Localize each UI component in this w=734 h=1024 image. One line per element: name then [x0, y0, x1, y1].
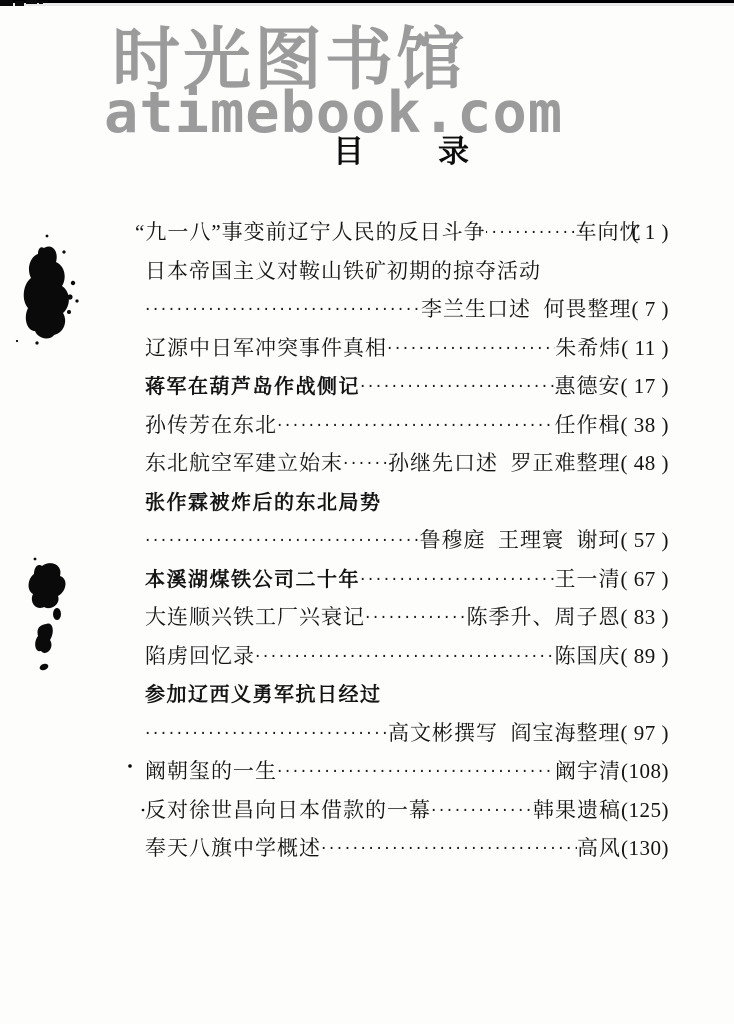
dot-leader	[145, 521, 420, 560]
entry-authors: 王一清	[555, 560, 621, 599]
entry-title: 张作霖被炸后的东北局势	[145, 483, 382, 522]
dot-leader	[277, 752, 555, 791]
table-of-contents: “九一八”事变前辽宁人民的反日斗争 车向忱 ( 1 ) 日本帝国主义对鞍山铁矿初…	[145, 213, 669, 868]
dot-leader	[431, 791, 533, 830]
entry-page-number: ( 17 )	[621, 367, 670, 406]
entry-authors: 陈季升、周子恩	[467, 598, 621, 637]
toc-entry-13: 反对徐世昌向日本借款的一幕 韩果遗稿 (125)	[145, 791, 669, 830]
dot-leader	[365, 598, 467, 637]
entry-page-number: ( 67 )	[621, 560, 670, 599]
entry-authors: 朱希炜	[555, 329, 621, 368]
dot-leader	[145, 290, 421, 329]
entry-title: 东北航空军建立始末	[145, 444, 343, 483]
entry-authors: 阚宇清	[555, 752, 621, 791]
entry-page-number: (130)	[621, 829, 669, 868]
entry-title: 日本帝国主义对鞍山铁矿初期的掠夺活动	[145, 252, 541, 291]
entry-page-number: (125)	[621, 791, 669, 830]
entry-page-number: ( 38 )	[621, 406, 670, 445]
entry-page-number: ( 57 )	[621, 521, 670, 560]
entry-authors: 李兰生口述 何畏整理	[421, 290, 632, 329]
entry-page-number: ( 48 )	[621, 444, 670, 483]
dot-leader	[387, 329, 555, 368]
page-title: 目 录	[333, 126, 473, 171]
toc-entry-2-continuation: 李兰生口述 何畏整理 ( 7 )	[145, 290, 669, 329]
entry-page-number: ( 97 )	[621, 714, 670, 753]
toc-entry-2: 日本帝国主义对鞍山铁矿初期的掠夺活动	[145, 252, 669, 291]
toc-entry-7: 张作霖被炸后的东北局势	[145, 483, 669, 522]
entry-authors: 鲁穆庭 王理寰 谢珂	[420, 521, 621, 560]
entry-page-number: ( 11 )	[621, 329, 669, 368]
toc-entry-11: 参加辽西义勇军抗日经过	[145, 675, 669, 714]
toc-entry-4: 蒋军在葫芦岛作战侧记 惠德安 ( 17 )	[145, 367, 669, 406]
toc-entry-3: 辽源中日军冲突事件真相 朱希炜 ( 11 )	[145, 329, 669, 368]
entry-title: 反对徐世昌向日本借款的一幕	[145, 791, 431, 830]
toc-entry-5: 孙传芳在东北 任作楫 ( 38 )	[145, 406, 669, 445]
entry-title: 阚朝玺的一生	[145, 752, 277, 791]
toc-entry-6: 东北航空军建立始末 孙继先口述 罗正难整理 ( 48 )	[145, 444, 669, 483]
entry-title: 陷虏回忆录	[145, 637, 255, 676]
entry-page-number: ( 1 )	[642, 213, 670, 252]
dot-leader	[321, 829, 577, 868]
ink-blob-upper	[16, 235, 79, 345]
entry-title: 本溪湖煤铁公司二十年	[145, 560, 360, 599]
toc-entry-9: 大连顺兴铁工厂兴衰记 陈季升、周子恩 ( 83 )	[145, 598, 669, 637]
toc-entry-1: “九一八”事变前辽宁人民的反日斗争 车向忱 ( 1 )	[145, 213, 669, 252]
entry-authors: 陈国庆	[555, 637, 621, 676]
entry-title: 孙传芳在东北	[145, 406, 277, 445]
dot-leader	[277, 406, 555, 445]
entry-title: 奉天八旗中学概述	[145, 829, 321, 868]
dot-leader	[360, 560, 555, 599]
entry-title: 参加辽西义勇军抗日经过	[145, 675, 382, 714]
entry-title: “九一八”事变前辽宁人民的反日斗争	[145, 213, 486, 252]
scan-speck	[128, 764, 132, 768]
entry-title: 大连顺兴铁工厂兴衰记	[145, 598, 365, 637]
entry-authors: 高文彬撰写 阎宝海整理	[388, 714, 621, 753]
ink-blob-lower	[29, 558, 66, 672]
entry-page-number: ( 89 )	[621, 637, 670, 676]
entry-authors: 高风	[577, 829, 621, 868]
entry-page-number: ( 83 )	[621, 598, 670, 637]
entry-title: 蒋军在葫芦岛作战侧记	[145, 367, 360, 406]
toc-entry-11-continuation: 高文彬撰写 阎宝海整理 ( 97 )	[145, 714, 669, 753]
dot-leader	[360, 367, 555, 406]
entry-page-number: ( 7 )	[632, 290, 670, 329]
toc-entry-12: 阚朝玺的一生 阚宇清 (108)	[145, 752, 669, 791]
scan-speck	[142, 809, 145, 812]
dot-leader	[486, 213, 586, 252]
toc-entry-14: 奉天八旗中学概述 高风 (130)	[145, 829, 669, 868]
toc-entry-7-continuation: 鲁穆庭 王理寰 谢珂 ( 57 )	[145, 521, 669, 560]
entry-title: 辽源中日军冲突事件真相	[145, 329, 387, 368]
entry-page-number: (108)	[621, 752, 669, 791]
entry-authors: 孙继先口述 罗正难整理	[388, 444, 621, 483]
entry-authors: 韩果遗稿	[533, 791, 621, 830]
toc-entry-10: 陷虏回忆录 陈国庆 ( 89 )	[145, 637, 669, 676]
dot-leader	[145, 714, 388, 753]
scanned-book-page: { "colors": { "watermark": "#9b9b9b", "i…	[0, 0, 734, 1024]
toc-entry-8: 本溪湖煤铁公司二十年 王一清 ( 67 )	[145, 560, 669, 599]
dot-leader	[343, 444, 388, 483]
entry-authors: 惠德安	[555, 367, 621, 406]
dot-leader	[255, 637, 555, 676]
entry-authors: 任作楫	[555, 406, 621, 445]
